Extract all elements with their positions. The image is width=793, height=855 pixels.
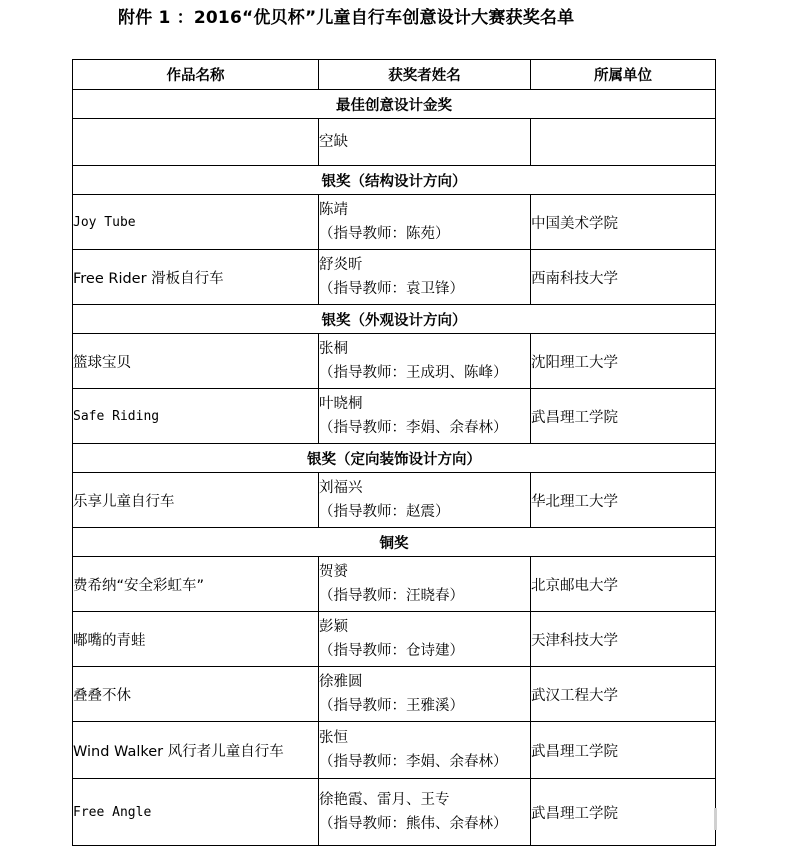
- winner-name: 贺赟: [319, 564, 348, 580]
- section-title-silver-structure: 银奖（结构设计方向）: [73, 166, 716, 195]
- document-title: 附件 1 ：2016“优贝杯”儿童自行车创意设计大赛获奖名单: [118, 5, 574, 31]
- table-row: 篮球宝贝 张桐 （指导教师：王成玥、陈峰） 沈阳理工大学: [73, 334, 716, 389]
- work-name-cell: Safe Riding: [73, 389, 319, 444]
- section-row-silver-decoration: 银奖（定向装饰设计方向）: [73, 444, 716, 473]
- advisor-name: （指导教师：李娟、余春林）: [319, 416, 530, 440]
- work-name-cell: Joy Tube: [73, 195, 319, 250]
- winner-name: 徐艳霞、雷月、王专: [319, 792, 450, 808]
- winner-cell: 张恒 （指导教师：李娟、余春林）: [319, 722, 531, 779]
- affiliation-cell: [531, 119, 716, 166]
- header-affiliation: 所属单位: [531, 60, 716, 90]
- work-name: 费希纳“安全彩虹车”: [73, 578, 204, 594]
- work-name-cell: Free Angle: [73, 779, 319, 846]
- table-row: 叠叠不休 徐雅圆 （指导教师：王雅溪） 武汉工程大学: [73, 667, 716, 722]
- winner-name: 陈靖: [319, 202, 348, 218]
- section-title-silver-appearance: 银奖（外观设计方向）: [73, 305, 716, 334]
- affiliation-cell: 西南科技大学: [531, 250, 716, 305]
- section-title-gold: 最佳创意设计金奖: [73, 90, 716, 119]
- work-name-cell: Free Rider 滑板自行车: [73, 250, 319, 305]
- winner-name: 徐雅圆: [319, 674, 363, 690]
- winner-name: 刘福兴: [319, 480, 363, 496]
- work-name: Free Rider 滑板自行车: [73, 271, 224, 287]
- winner-cell: 徐艳霞、雷月、王专 （指导教师：熊伟、余春林）: [319, 779, 531, 846]
- winner-name: 彭颖: [319, 619, 348, 635]
- winner-cell: 空缺: [319, 119, 531, 166]
- advisor-name: （指导教师：熊伟、余春林）: [319, 812, 530, 836]
- section-row-bronze: 铜奖: [73, 528, 716, 557]
- work-name: Free Angle: [73, 805, 151, 820]
- advisor-name: （指导教师：赵震）: [319, 500, 530, 524]
- winner-cell: 叶晓桐 （指导教师：李娟、余春林）: [319, 389, 531, 444]
- section-title-silver-decoration: 银奖（定向装饰设计方向）: [73, 444, 716, 473]
- work-name-cell: Wind Walker 风行者儿童自行车: [73, 722, 319, 779]
- table-header-row: 作品名称 获奖者姓名 所属单位: [73, 60, 716, 90]
- affiliation-cell: 华北理工大学: [531, 473, 716, 528]
- section-row-silver-structure: 银奖（结构设计方向）: [73, 166, 716, 195]
- winner-cell: 张桐 （指导教师：王成玥、陈峰）: [319, 334, 531, 389]
- table-row: 乐享儿童自行车 刘福兴 （指导教师：赵震） 华北理工大学: [73, 473, 716, 528]
- work-name-cell: 篮球宝贝: [73, 334, 319, 389]
- winner-name: 张恒: [319, 730, 348, 746]
- affiliation-cell: 沈阳理工大学: [531, 334, 716, 389]
- winner-cell: 刘福兴 （指导教师：赵震）: [319, 473, 531, 528]
- winner-name: 空缺: [319, 134, 348, 150]
- affiliation-cell: 武昌理工学院: [531, 389, 716, 444]
- winner-name: 张桐: [319, 341, 348, 357]
- affiliation-cell: 中国美术学院: [531, 195, 716, 250]
- header-work-name: 作品名称: [73, 60, 319, 90]
- advisor-name: （指导教师：汪晓春）: [319, 584, 530, 608]
- table-row: 空缺: [73, 119, 716, 166]
- affiliation-cell: 天津科技大学: [531, 612, 716, 667]
- advisor-name: （指导教师：袁卫锋）: [319, 277, 530, 301]
- work-name: Safe Riding: [73, 409, 159, 424]
- work-name-cell: 乐享儿童自行车: [73, 473, 319, 528]
- work-name-cell: [73, 119, 319, 166]
- affiliation-cell: 武昌理工学院: [531, 779, 716, 846]
- affiliation-cell: 武汉工程大学: [531, 667, 716, 722]
- work-name: 篮球宝贝: [73, 355, 131, 371]
- award-table: 作品名称 获奖者姓名 所属单位 最佳创意设计金奖 空缺 银奖（结构设计方向） J…: [72, 59, 716, 846]
- section-title-bronze: 铜奖: [73, 528, 716, 557]
- affiliation-cell: 北京邮电大学: [531, 557, 716, 612]
- table-row: Free Angle 徐艳霞、雷月、王专 （指导教师：熊伟、余春林） 武昌理工学…: [73, 779, 716, 846]
- table-row: 费希纳“安全彩虹车” 贺赟 （指导教师：汪晓春） 北京邮电大学: [73, 557, 716, 612]
- winner-name: 舒炎昕: [319, 257, 363, 273]
- table-row: Free Rider 滑板自行车 舒炎昕 （指导教师：袁卫锋） 西南科技大学: [73, 250, 716, 305]
- winner-cell: 徐雅圆 （指导教师：王雅溪）: [319, 667, 531, 722]
- header-winner-name: 获奖者姓名: [319, 60, 531, 90]
- work-name-cell: 叠叠不休: [73, 667, 319, 722]
- work-name-cell: 嘟嘴的青蛙: [73, 612, 319, 667]
- affiliation-cell: 武昌理工学院: [531, 722, 716, 779]
- work-name: Joy Tube: [73, 215, 136, 230]
- winner-cell: 彭颖 （指导教师：仓诗建）: [319, 612, 531, 667]
- section-row-silver-appearance: 银奖（外观设计方向）: [73, 305, 716, 334]
- winner-cell: 陈靖 （指导教师：陈苑）: [319, 195, 531, 250]
- winner-cell: 舒炎昕 （指导教师：袁卫锋）: [319, 250, 531, 305]
- work-name: 乐享儿童自行车: [73, 494, 175, 510]
- work-name: 叠叠不休: [73, 688, 131, 704]
- section-row-gold: 最佳创意设计金奖: [73, 90, 716, 119]
- work-name: 嘟嘴的青蛙: [73, 633, 146, 649]
- advisor-name: （指导教师：陈苑）: [319, 222, 530, 246]
- advisor-name: （指导教师：李娟、余春林）: [319, 750, 530, 774]
- work-name-cell: 费希纳“安全彩虹车”: [73, 557, 319, 612]
- advisor-name: （指导教师：王成玥、陈峰）: [319, 361, 530, 385]
- table-row: 嘟嘴的青蛙 彭颖 （指导教师：仓诗建） 天津科技大学: [73, 612, 716, 667]
- winner-cell: 贺赟 （指导教师：汪晓春）: [319, 557, 531, 612]
- advisor-name: （指导教师：仓诗建）: [319, 639, 530, 663]
- winner-name: 叶晓桐: [319, 396, 363, 412]
- table-row: Safe Riding 叶晓桐 （指导教师：李娟、余春林） 武昌理工学院: [73, 389, 716, 444]
- table-row: Wind Walker 风行者儿童自行车 张恒 （指导教师：李娟、余春林） 武昌…: [73, 722, 716, 779]
- work-name: Wind Walker 风行者儿童自行车: [73, 744, 284, 760]
- advisor-name: （指导教师：王雅溪）: [319, 694, 530, 718]
- watermark-mark: [714, 808, 717, 830]
- table-row: Joy Tube 陈靖 （指导教师：陈苑） 中国美术学院: [73, 195, 716, 250]
